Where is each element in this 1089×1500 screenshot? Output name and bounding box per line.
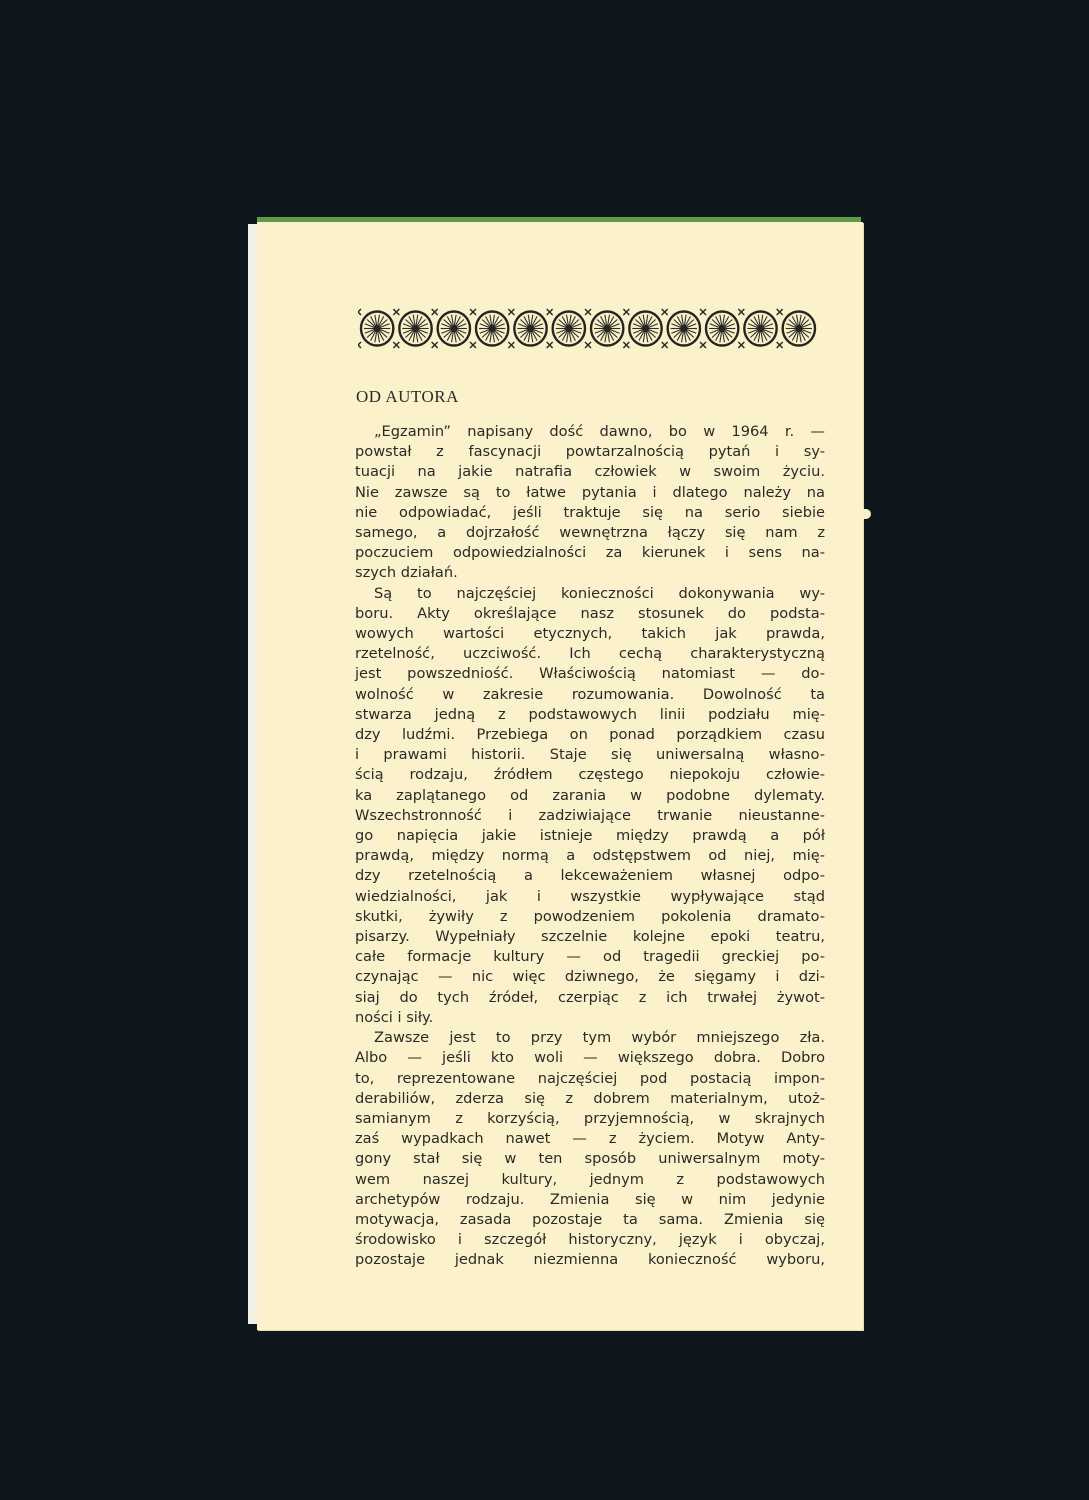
text-line: derabiliów, zderza się z dobrem material… <box>355 1089 825 1109</box>
text-line: boru. Akty określające nasz stosunek do … <box>355 604 825 624</box>
page-edge-tab <box>863 509 871 519</box>
text-line: ścią rodzaju, źródłem częstego niepokoju… <box>355 765 825 785</box>
body-text: „Egzamin” napisany dość dawno, bo w 1964… <box>355 422 825 1271</box>
text-line: jest powszedniość. Właściwością natomias… <box>355 664 825 684</box>
text-line: Wszechstronność i zadziwiające trwanie n… <box>355 806 825 826</box>
text-line: ności i siły. <box>355 1008 825 1028</box>
text-line: prawdą, między normą a odstępstwem od ni… <box>355 846 825 866</box>
text-line: wem naszej kultury, jednym z podstawowyc… <box>355 1170 825 1190</box>
text-line: ka zaplątanego od zarania w podobne dyle… <box>355 786 825 806</box>
text-line: Zawsze jest to przy tym wybór mniejszego… <box>355 1028 825 1048</box>
text-line: pozostaje jednak niezmienna konieczność … <box>355 1250 825 1270</box>
text-line: Albo — jeśli kto woli — większego dobra.… <box>355 1048 825 1068</box>
text-line: wiedzialności, jak i wszystkie wypływają… <box>355 887 825 907</box>
text-line: pisarzy. Wypełniały szczelnie kolejne ep… <box>355 927 825 947</box>
text-line: samianym z korzyścią, przyjemnością, w s… <box>355 1109 825 1129</box>
text-line: poczuciem odpowiedzialności za kierunek … <box>355 543 825 563</box>
text-line: motywacja, zasada pozostaje ta sama. Zmi… <box>355 1210 825 1230</box>
text-line: gony stał się w ten sposób uniwersalnym … <box>355 1149 825 1169</box>
text-line: Są to najczęściej konieczności dokonywan… <box>355 584 825 604</box>
section-heading: OD AUTORA <box>356 387 459 407</box>
text-line: go napięcia jakie istnieje między prawdą… <box>355 826 825 846</box>
text-line: „Egzamin” napisany dość dawno, bo w 1964… <box>355 422 825 442</box>
text-line: zaś wypadkach nawet — z życiem. Motyw An… <box>355 1129 825 1149</box>
text-line: dzy ludźmi. Przebiega on ponad porządkie… <box>355 725 825 745</box>
ornament-border-icon <box>358 308 818 349</box>
text-line: nie odpowiadać, jeśli traktuje się na se… <box>355 503 825 523</box>
text-line: wolność w zakresie rozumowania. Dowolnoś… <box>355 685 825 705</box>
text-line: tuacji na jakie natrafia człowiek w swoi… <box>355 462 825 482</box>
text-line: siaj do tych źródeł, czerpiąc z ich trwa… <box>355 988 825 1008</box>
text-line: szych działań. <box>355 563 825 583</box>
text-line: i prawami historii. Staje się uniwersaln… <box>355 745 825 765</box>
text-line: Nie zawsze są to łatwe pytania i dlatego… <box>355 483 825 503</box>
text-line: stwarza jedną z podstawowych linii podzi… <box>355 705 825 725</box>
text-line: wowych wartości etycznych, takich jak pr… <box>355 624 825 644</box>
text-line: środowisko i szczegół historyczny, język… <box>355 1230 825 1250</box>
text-line: powstał z fascynacji powtarzalnością pyt… <box>355 442 825 462</box>
text-line: czynając — nic więc dziwnego, że sięgamy… <box>355 967 825 987</box>
text-line: samego, a dojrzałość wewnętrzna łączy si… <box>355 523 825 543</box>
text-line: całe formacje kultury — od tragedii grec… <box>355 947 825 967</box>
text-line: dzy rzetelnością a lekceważeniem własnej… <box>355 866 825 886</box>
text-line: rzetelność, uczciwość. Ich cechą charakt… <box>355 644 825 664</box>
text-line: skutki, żywiły z powodzeniem pokolenia d… <box>355 907 825 927</box>
text-line: to, reprezentowane najczęściej pod posta… <box>355 1069 825 1089</box>
text-line: archetypów rodzaju. Zmienia się w nim je… <box>355 1190 825 1210</box>
